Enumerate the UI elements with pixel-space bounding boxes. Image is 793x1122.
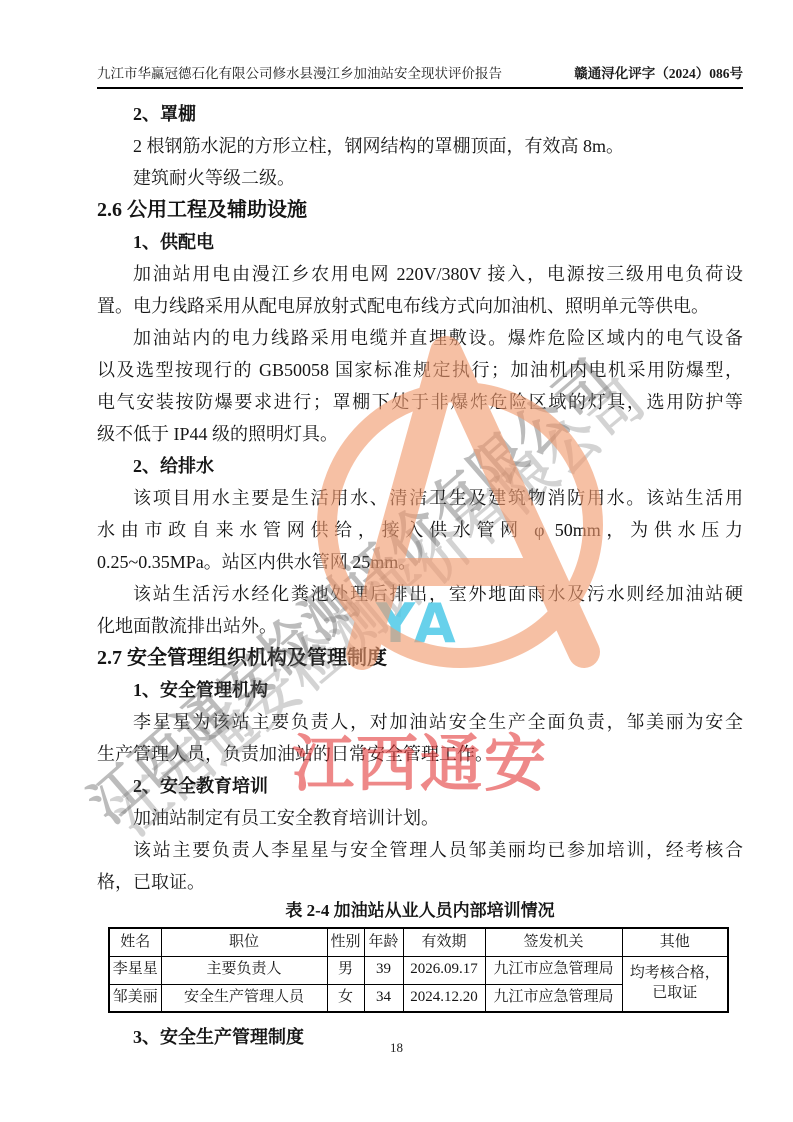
paragraph-line: 化地面散流排出站外。 (97, 610, 743, 642)
paragraph: 该站生活污水经化粪池处理后排出，室外地面雨水及污水则经加油站硬化地面散流排出站外… (97, 578, 743, 642)
table-header-cell: 签发机关 (485, 928, 622, 956)
section-heading: 2.7 安全管理组织机构及管理制度 (97, 642, 743, 674)
paragraph-line: 2 根钢筋水泥的方形立柱，钢网结构的罩棚顶面，有效高 8m。 (97, 130, 743, 162)
table-cell: 男 (327, 956, 364, 984)
table-header-cell: 年龄 (364, 928, 403, 956)
paragraph: 加油站用电由漫江乡农用电网 220V/380V 接入，电源按三级用电负荷设置。电… (97, 258, 743, 322)
document-content: 2、罩棚2 根钢筋水泥的方形立柱，钢网结构的罩棚顶面，有效高 8m。建筑耐火等级… (97, 98, 743, 1053)
subsection-heading: 2、给排水 (133, 450, 743, 482)
paragraph-line: 格，已取证。 (97, 866, 743, 898)
table-header-row: 姓名职位性别年龄有效期签发机关其他 (109, 928, 728, 956)
paragraph: 加油站制定有员工安全教育培训计划。 (97, 802, 743, 834)
training-table: 姓名职位性别年龄有效期签发机关其他李星星主要负责人男392026.09.17九江… (108, 927, 729, 1013)
table-cell: 安全生产管理人员 (161, 984, 327, 1012)
paragraph-line: 该站生活污水经化粪池处理后排出，室外地面雨水及污水则经加油站硬 (97, 578, 743, 610)
table-cell: 九江市应急管理局 (485, 956, 622, 984)
table-cell: 39 (364, 956, 403, 984)
page-header: 九江市华赢冠德石化有限公司修水县漫江乡加油站安全现状评价报告 赣通浔化评字（20… (97, 62, 743, 89)
paragraph-line: 生产管理人员，负责加油站的日常安全管理工作。 (97, 738, 743, 770)
paragraph-line: 加油站制定有员工安全教育培训计划。 (97, 802, 743, 834)
paragraph-line: 以及选型按现行的 GB50058 国家标准规定执行；加油机内电机采用防爆型， (97, 354, 743, 386)
document-page: 江西通安检测评价有限公司 江西通安检测评价有限公司 YA 江西通安 九江市华赢冠… (0, 0, 793, 1122)
table-header-cell: 其他 (622, 928, 728, 956)
table-cell: 九江市应急管理局 (485, 984, 622, 1012)
header-doc-number: 赣通浔化评字（2024）086号 (574, 62, 743, 82)
paragraph-line: 0.25~0.35MPa。站区内供水管网 25mm。 (97, 546, 743, 578)
table-header-cell: 职位 (161, 928, 327, 956)
table-header-cell: 姓名 (109, 928, 161, 956)
section-heading: 2.6 公用工程及辅助设施 (97, 194, 743, 226)
paragraph-line: 加油站用电由漫江乡农用电网 220V/380V 接入，电源按三级用电负荷设 (97, 258, 743, 290)
table-row: 李星星主要负责人男392026.09.17九江市应急管理局均考核合格，已取证 (109, 956, 728, 984)
table-cell: 主要负责人 (161, 956, 327, 984)
table-caption: 表 2-4 加油站从业人员内部培训情况 (97, 898, 743, 924)
table-cell: 邹美丽 (109, 984, 161, 1012)
paragraph-line: 加油站内的电力线路采用电缆并直埋敷设。爆炸危险区域内的电气设备 (97, 322, 743, 354)
table-cell: 2024.12.20 (403, 984, 485, 1012)
subsection-heading: 1、安全管理机构 (133, 674, 743, 706)
paragraph: 李星星为该站主要负责人，对加油站安全生产全面负责，邹美丽为安全生产管理人员，负责… (97, 706, 743, 770)
paragraph: 加油站内的电力线路采用电缆并直埋敷设。爆炸危险区域内的电气设备以及选型按现行的 … (97, 322, 743, 450)
paragraph-line: 建筑耐火等级二级。 (97, 162, 743, 194)
paragraph-line: 水由市政自来水管网供给，接入供水管网 φ 50mm，为供水压力 (97, 514, 743, 546)
paragraph: 该站主要负责人李星星与安全管理人员邹美丽均已参加培训，经考核合格，已取证。 (97, 834, 743, 898)
paragraph: 2 根钢筋水泥的方形立柱，钢网结构的罩棚顶面，有效高 8m。 (97, 130, 743, 162)
paragraph-line: 级不低于 IP44 级的照明灯具。 (97, 418, 743, 450)
table-header-cell: 性别 (327, 928, 364, 956)
table-cell-merged: 均考核合格，已取证 (622, 956, 728, 1012)
paragraph: 建筑耐火等级二级。 (97, 162, 743, 194)
subsection-heading: 1、供配电 (133, 226, 743, 258)
table-cell: 女 (327, 984, 364, 1012)
paragraph-line: 李星星为该站主要负责人，对加油站安全生产全面负责，邹美丽为安全 (97, 706, 743, 738)
header-report-title: 九江市华赢冠德石化有限公司修水县漫江乡加油站安全现状评价报告 (97, 62, 502, 82)
paragraph-line: 置。电力线路采用从配电屏放射式配电布线方式向加油机、照明单元等供电。 (97, 290, 743, 322)
table-cell: 李星星 (109, 956, 161, 984)
paragraph-line: 该项目用水主要是生活用水、清洁卫生及建筑物消防用水。该站生活用 (97, 482, 743, 514)
subsection-heading: 2、罩棚 (133, 98, 743, 130)
table-header-cell: 有效期 (403, 928, 485, 956)
table-cell: 2026.09.17 (403, 956, 485, 984)
paragraph: 该项目用水主要是生活用水、清洁卫生及建筑物消防用水。该站生活用水由市政自来水管网… (97, 482, 743, 578)
table-cell: 34 (364, 984, 403, 1012)
subsection-heading: 2、安全教育培训 (133, 770, 743, 802)
paragraph-line: 该站主要负责人李星星与安全管理人员邹美丽均已参加培训，经考核合 (97, 834, 743, 866)
paragraph-line: 电气安装按防爆要求进行；罩棚下处于非爆炸危险区域的灯具，选用防护等 (97, 386, 743, 418)
page-number: 18 (0, 1040, 793, 1056)
